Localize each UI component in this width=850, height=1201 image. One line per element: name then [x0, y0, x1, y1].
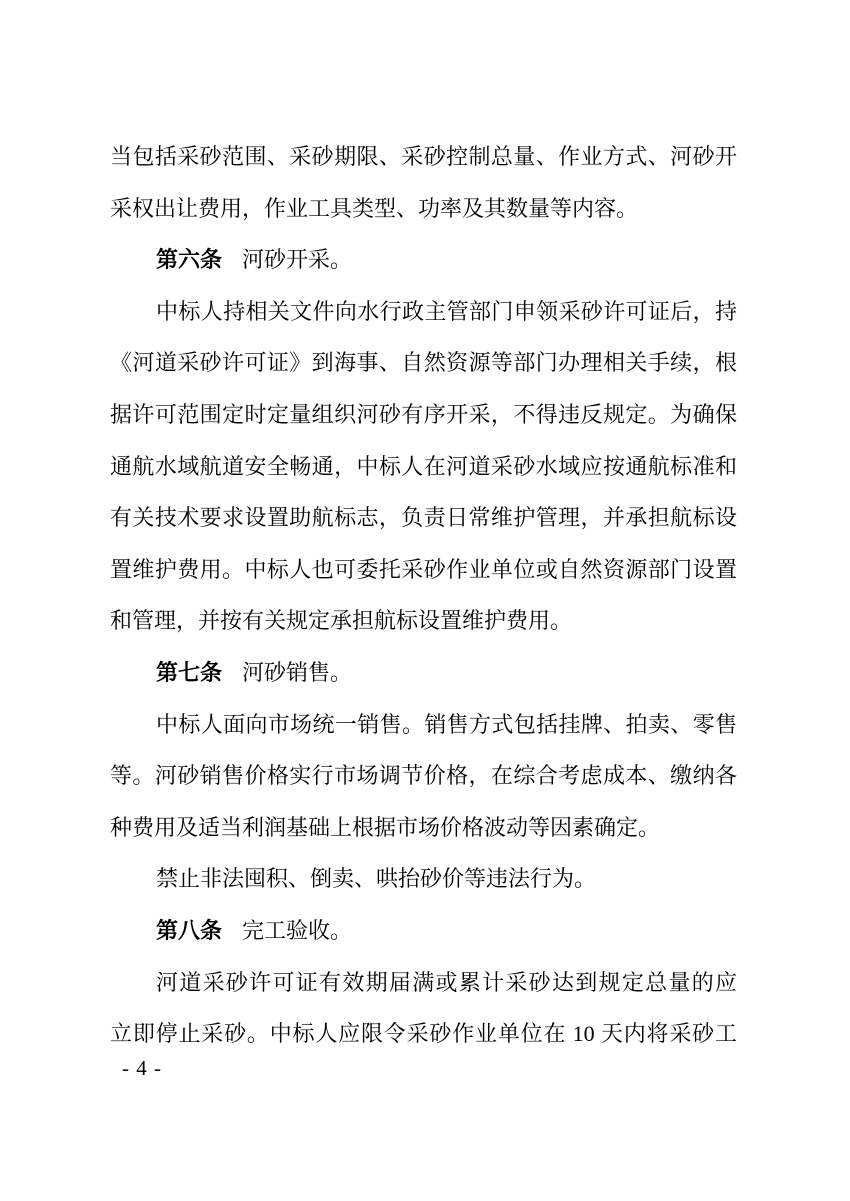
doc-line-8: 有关技术要求设置助航标志，负责日常维护管理，并承担航标设: [110, 492, 737, 544]
doc-line-9: 置维护费用。中标人也可委托采砂作业单位或自然资源部门设置: [110, 544, 737, 596]
doc-line-14: 种费用及适当利润基础上根据市场价格波动等因素确定。: [110, 802, 737, 854]
doc-line-6: 据许可范围定时定量组织河砂有序开采，不得违反规定。为确保: [110, 389, 737, 441]
doc-line-12: 中标人面向市场统一销售。销售方式包括挂牌、拍卖、零售: [110, 699, 737, 751]
article-number: 第八条: [156, 918, 222, 943]
doc-line-4: 中标人持相关文件向水行政主管部门申领采砂许可证后，持: [110, 286, 737, 338]
article-heading-6: 第六条河砂开采。: [110, 234, 737, 286]
article-title: 完工验收。: [242, 918, 352, 943]
article-heading-7: 第七条河砂销售。: [110, 647, 737, 699]
doc-line-17: 河道采砂许可证有效期届满或累计采砂达到规定总量的应: [110, 957, 737, 1009]
doc-line-13: 等。河砂销售价格实行市场调节价格，在综合考虑成本、缴纳各: [110, 750, 737, 802]
doc-line-1: 当包括采砂范围、采砂期限、采砂控制总量、作业方式、河砂开: [110, 131, 737, 183]
article-number: 第六条: [156, 247, 222, 272]
doc-line-7: 通航水域航道安全畅通，中标人在河道采砂水域应按通航标准和: [110, 441, 737, 493]
doc-line-15: 禁止非法囤积、倒卖、哄抬砂价等违法行为。: [110, 853, 737, 905]
article-heading-8: 第八条完工验收。: [110, 905, 737, 957]
document-page: 当包括采砂范围、采砂期限、采砂控制总量、作业方式、河砂开 采权出让费用，作业工具…: [0, 0, 850, 1201]
article-title: 河砂销售。: [242, 660, 352, 685]
doc-line-18: 立即停止采砂。中标人应限令采砂作业单位在 10 天内将采砂工: [110, 1008, 737, 1060]
doc-line-10: 和管理，并按有关规定承担航标设置维护费用。: [110, 595, 737, 647]
document-body: 当包括采砂范围、采砂期限、采砂控制总量、作业方式、河砂开 采权出让费用，作业工具…: [110, 131, 737, 1060]
page-number: - 4 -: [122, 1053, 162, 1083]
doc-line-5: 《河道采砂许可证》到海事、自然资源等部门办理相关手续，根: [110, 337, 737, 389]
article-number: 第七条: [156, 660, 222, 685]
article-title: 河砂开采。: [242, 247, 352, 272]
doc-line-2: 采权出让费用，作业工具类型、功率及其数量等内容。: [110, 183, 737, 235]
